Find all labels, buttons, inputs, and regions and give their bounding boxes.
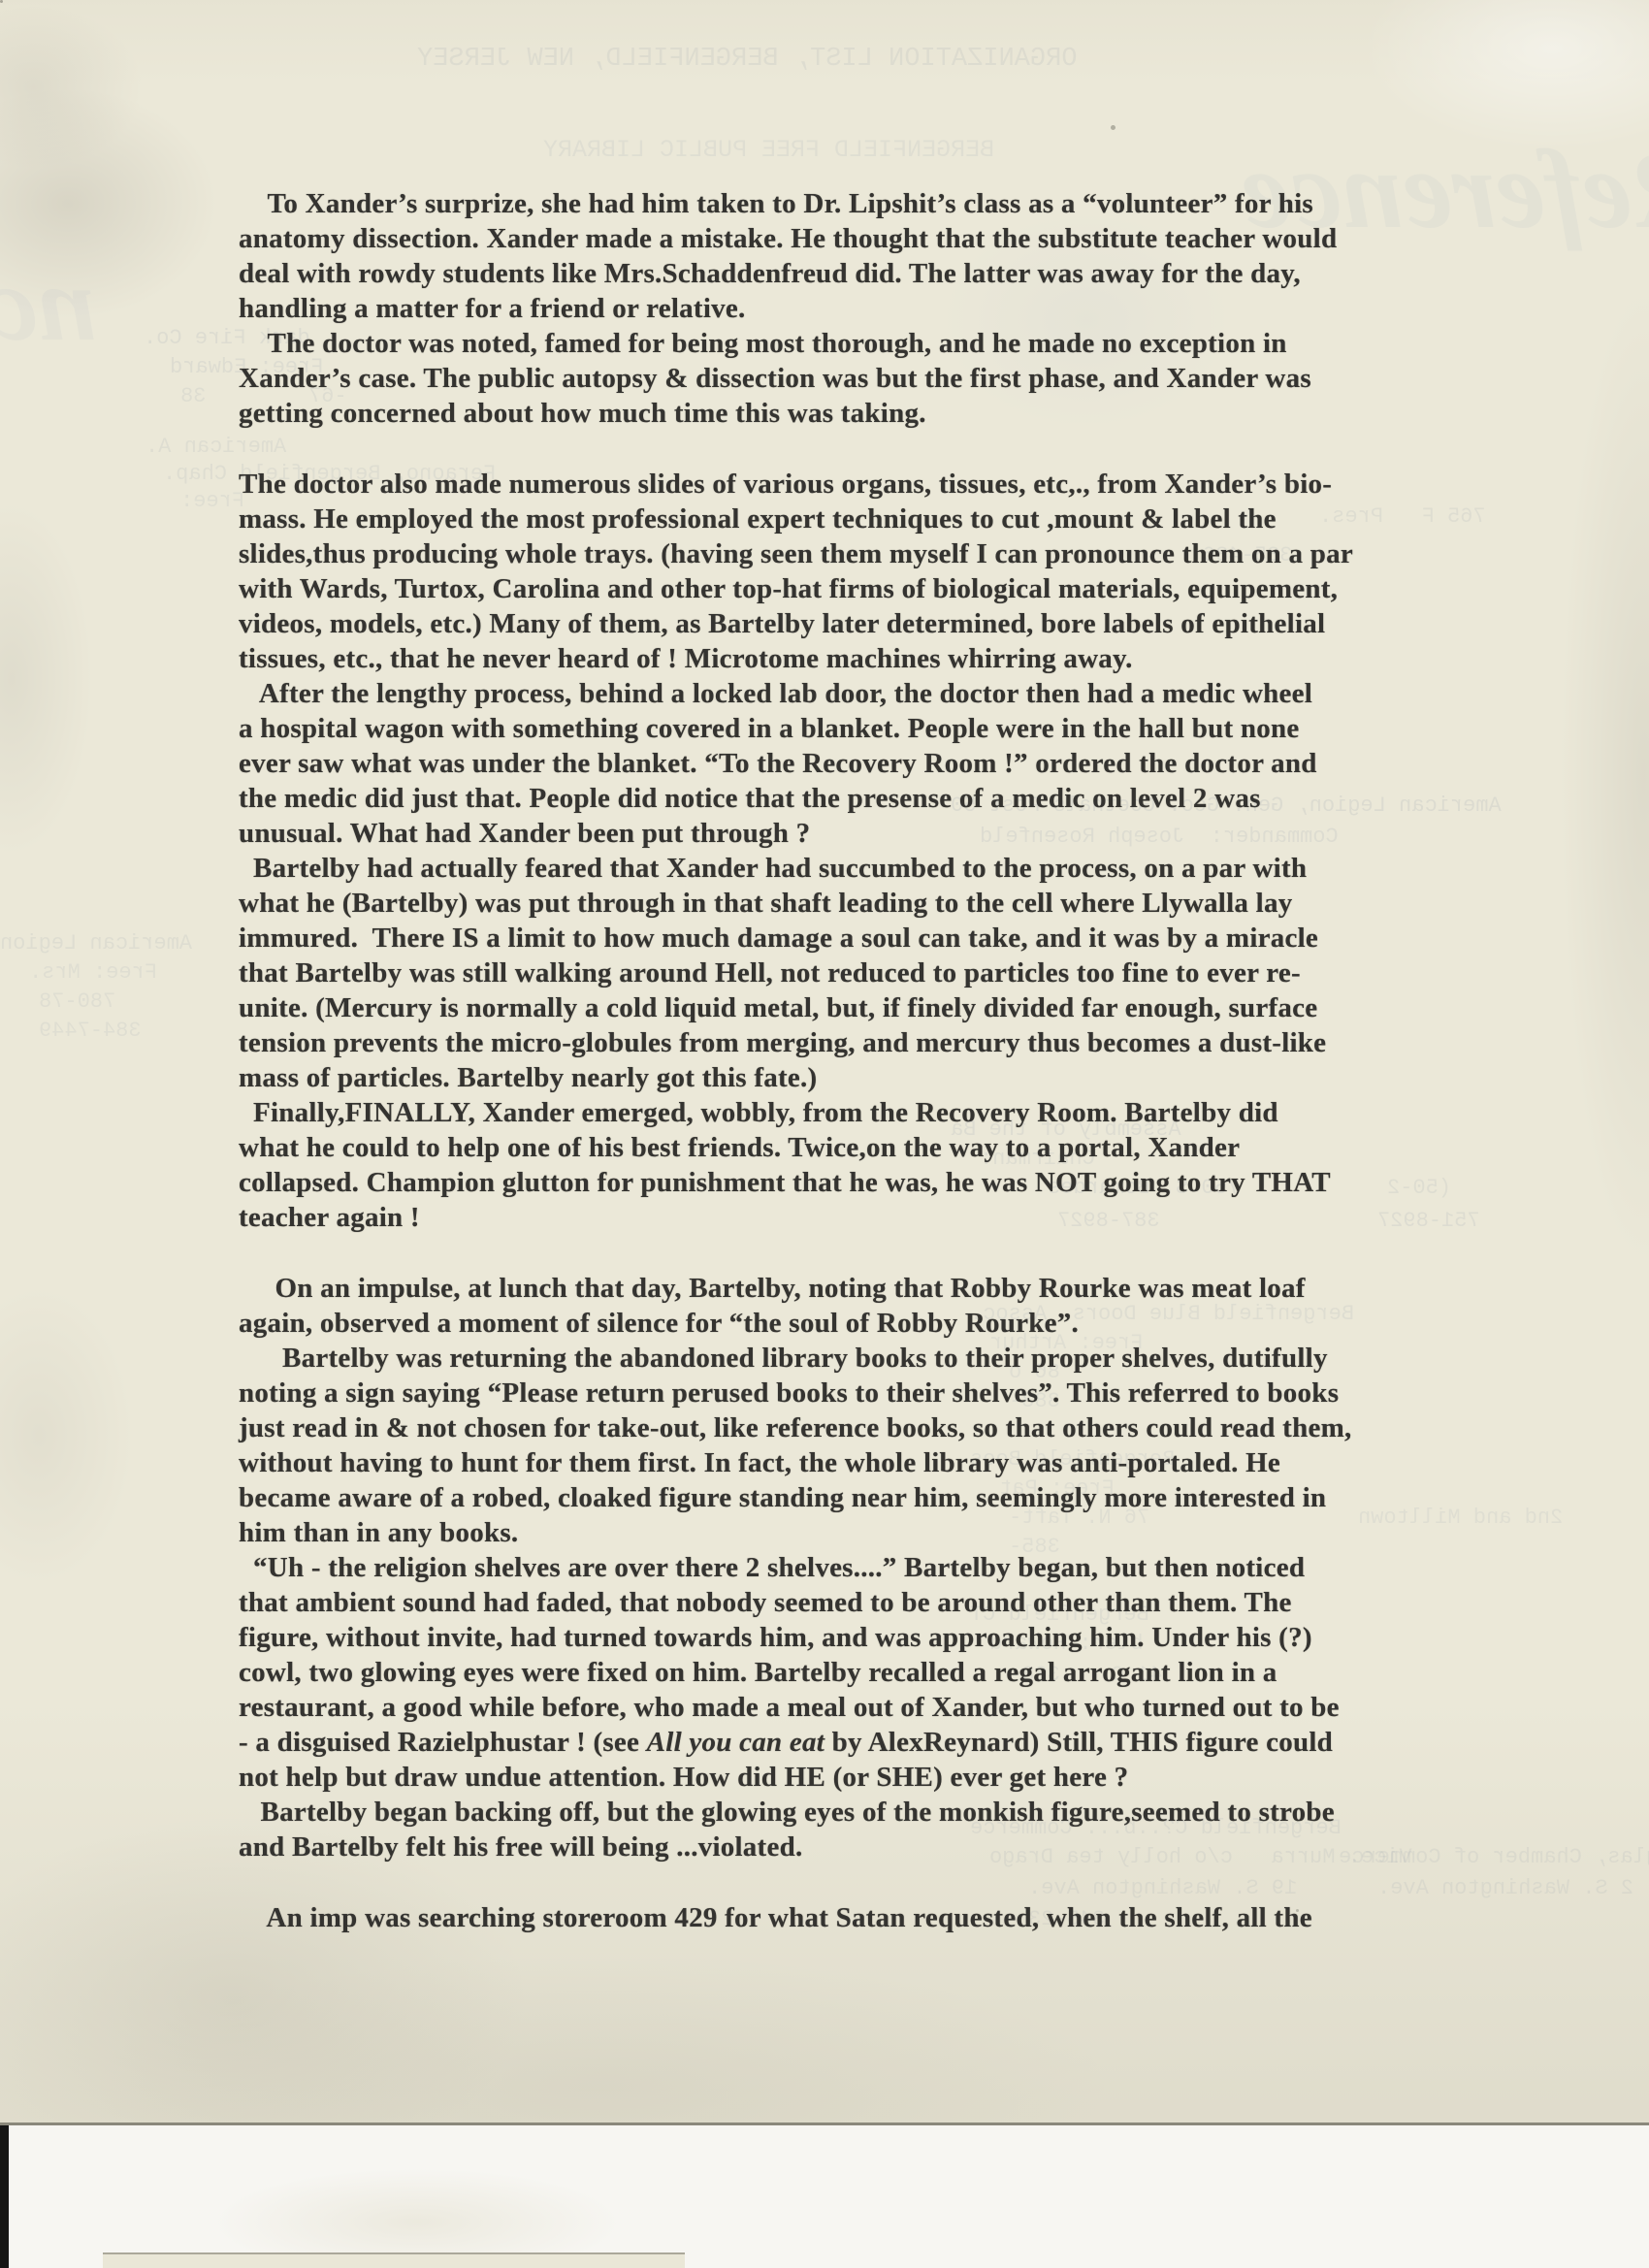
text-line: getting concerned about how much time th… [239,396,1461,431]
text-line: handling a matter for a friend or relati… [239,291,1461,326]
text-line: collapsed. Champion glutton for punishme… [239,1165,1461,1200]
text-line: Bartelby was returning the abandoned lib… [239,1341,1461,1376]
text-line: restaurant, a good while before, who mad… [239,1690,1461,1725]
text-line: anatomy dissection. Xander made a mistak… [239,221,1461,256]
text-line: Finally,FINALLY, Xander emerged, wobbly,… [239,1095,1461,1130]
text-line: again, observed a moment of silence for … [239,1306,1461,1341]
paragraph: Bartelby had actually feared that Xander… [239,851,1461,1095]
scanner-edge-strip [0,2125,9,2268]
text-line: without having to hunt for them first. I… [239,1445,1461,1480]
text-line: unite. (Mercury is normally a cold liqui… [239,990,1461,1025]
text-line: On an impulse, at lunch that day, Bartel… [239,1271,1461,1306]
text-line: mass. He employed the most professional … [239,502,1461,536]
text-line: An imp was searching storeroom 429 for w… [239,1900,1461,1935]
paragraph: Bartelby began backing off, but the glow… [239,1795,1461,1864]
text-line: “Uh - the religion shelves are over ther… [239,1550,1461,1585]
paragraph: On an impulse, at lunch that day, Bartel… [239,1271,1461,1341]
text-line: tension prevents the micro-globules from… [239,1025,1461,1060]
text-line: slides,thus producing whole trays. (havi… [239,536,1461,571]
text-line: ever saw what was under the blanket. “To… [239,746,1461,781]
paragraph: An imp was searching storeroom 429 for w… [239,1900,1461,1935]
text-line: - a disguised Razielphustar ! (see All y… [239,1725,1461,1760]
text-line: Bartelby began backing off, but the glow… [239,1795,1461,1830]
text-line: and Bartelby felt his free will being ..… [239,1830,1461,1864]
paragraph: Finally,FINALLY, Xander emerged, wobbly,… [239,1095,1461,1235]
text-line: noting a sign saying “Please return peru… [239,1376,1461,1410]
paragraph: After the lengthy process, behind a lock… [239,676,1461,851]
scanner-backing [0,2125,1649,2268]
paragraph: To Xander’s surprize, she had him taken … [239,186,1461,326]
text-line: the medic did just that. People did noti… [239,781,1461,816]
text-line: figure, without invite, had turned towar… [239,1620,1461,1655]
text-line: not help but draw undue attention. How d… [239,1760,1461,1795]
text-line: what he (Bartelby) was put through in th… [239,886,1461,921]
text-line: just read in & not chosen for take-out, … [239,1410,1461,1445]
text-line: After the lengthy process, behind a lock… [239,676,1461,711]
text-line: The doctor was noted, famed for being mo… [239,326,1461,361]
text-line: that ambient sound had faded, that nobod… [239,1585,1461,1620]
text-line: that Bartelby was still walking around H… [239,956,1461,990]
text-line: tissues, etc., that he never heard of ! … [239,641,1461,676]
text-line: The doctor also made numerous slides of … [239,467,1461,502]
text-line: Bartelby had actually feared that Xander… [239,851,1461,886]
text-line: teacher again ! [239,1200,1461,1235]
text-line: deal with rowdy students like Mrs.Schadd… [239,256,1461,291]
text-line: immured. There IS a limit to how much da… [239,921,1461,956]
text-line: became aware of a robed, cloaked figure … [239,1480,1461,1515]
text-line: To Xander’s surprize, she had him taken … [239,186,1461,221]
text-line: him than in any books. [239,1515,1461,1550]
paragraph: The doctor was noted, famed for being mo… [239,326,1461,431]
text-line: mass of particles. Bartelby nearly got t… [239,1060,1461,1095]
paper-sliver [103,2252,685,2268]
text-line: with Wards, Turtox, Carolina and other t… [239,571,1461,606]
scanned-page: ORGANIZATION LIST, BERGENFIELD, NEW JERS… [0,0,1649,2268]
text-line: cowl, two glowing eyes were fixed on him… [239,1655,1461,1690]
text-line: what he could to help one of his best fr… [239,1130,1461,1165]
text-line: videos, models, etc.) Many of them, as B… [239,606,1461,641]
paragraph: Bartelby was returning the abandoned lib… [239,1341,1461,1550]
text-line: Xander’s case. The public autopsy & diss… [239,361,1461,396]
text-line: a hospital wagon with something covered … [239,711,1461,746]
paragraph: The doctor also made numerous slides of … [239,467,1461,676]
paragraph: “Uh - the religion shelves are over ther… [239,1550,1461,1795]
text-column: To Xander’s surprize, she had him taken … [239,186,1461,1935]
text-line: unusual. What had Xander been put throug… [239,816,1461,851]
scan-specks [0,0,3,3]
